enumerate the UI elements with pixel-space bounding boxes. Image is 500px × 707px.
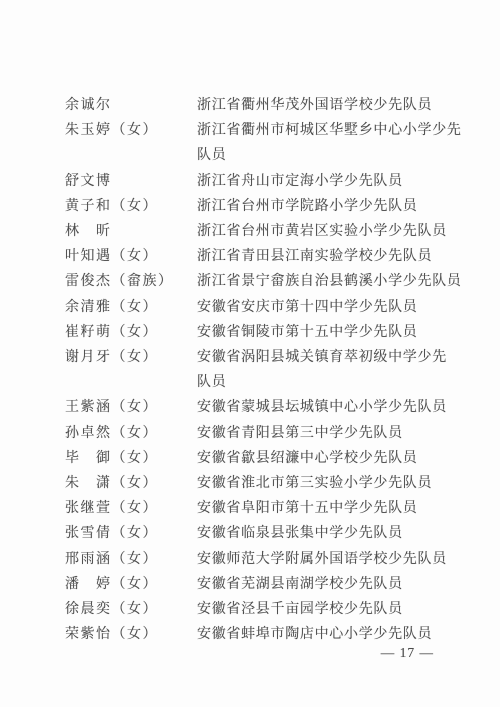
roster-row: 余清雅（女） 安徽省安庆市第十四中学少先队员: [65, 295, 485, 320]
roster-row: 潘 婷（女） 安徽省芜湖县南湖学校少先队员: [65, 572, 485, 597]
member-affiliation: 安徽省蒙城县坛城镇中心小学少先队员: [197, 395, 447, 420]
member-name: 叶知遇（女）: [65, 244, 197, 269]
member-name: 邢雨涵（女）: [65, 547, 197, 572]
member-affiliation: 安徽师范大学附属外国语学校少先队员: [197, 547, 447, 572]
member-affiliation: 浙江省景宁畲族自治县鹤溪小学少先队员: [197, 269, 462, 294]
document-page: 余诚尔 浙江省衢州华茂外国语学校少先队员 朱玉婷（女） 浙江省衢州市柯城区华墅乡…: [0, 0, 500, 707]
member-affiliation: 安徽省铜陵市第十五中学少先队员: [197, 320, 418, 345]
roster-row: 徐晨奕（女） 安徽省泾县千亩园学校少先队员: [65, 597, 485, 622]
member-affiliation: 浙江省舟山市定海小学少先队员: [197, 169, 403, 194]
member-affiliation: 安徽省蚌埠市陶店中心小学少先队员: [197, 622, 432, 647]
roster-row: 黄子和（女） 浙江省台州市学院路小学少先队员: [65, 194, 485, 219]
roster-row: 朱 潇（女） 安徽省淮北市第三实验小学少先队员: [65, 471, 485, 496]
roster-row: 朱玉婷（女） 浙江省衢州市柯城区华墅乡中心小学少先 队员: [65, 118, 485, 168]
member-affiliation: 浙江省青田县江南实验学校少先队员: [197, 244, 432, 269]
member-name: 王紫涵（女）: [65, 395, 197, 420]
roster-row: 荣紫怡（女） 安徽省蚌埠市陶店中心小学少先队员: [65, 622, 485, 647]
member-affiliation: 安徽省淮北市第三实验小学少先队员: [197, 471, 432, 496]
member-name: 雷俊杰（畲族）: [65, 269, 197, 294]
member-name: 徐晨奕（女）: [65, 597, 197, 622]
member-affiliation: 浙江省衢州华茂外国语学校少先队员: [197, 93, 432, 118]
roster-row: 叶知遇（女） 浙江省青田县江南实验学校少先队员: [65, 244, 485, 269]
member-name: 余诚尔: [65, 93, 197, 118]
roster-list: 余诚尔 浙江省衢州华茂外国语学校少先队员 朱玉婷（女） 浙江省衢州市柯城区华墅乡…: [65, 93, 485, 647]
member-affiliation: 安徽省阜阳市第十五中学少先队员: [197, 496, 418, 521]
member-affiliation: 浙江省衢州市柯城区华墅乡中心小学少先 队员: [197, 118, 462, 168]
roster-row: 雷俊杰（畲族） 浙江省景宁畲族自治县鹤溪小学少先队员: [65, 269, 485, 294]
member-name: 谢月牙（女）: [65, 345, 197, 370]
member-name: 潘 婷（女）: [65, 572, 197, 597]
member-name: 黄子和（女）: [65, 194, 197, 219]
roster-row: 毕 御（女） 安徽省歙县绍濂中心学校少先队员: [65, 446, 485, 471]
member-affiliation: 安徽省安庆市第十四中学少先队员: [197, 295, 418, 320]
roster-row: 孙卓然（女） 安徽省青阳县第三中学少先队员: [65, 421, 485, 446]
member-affiliation: 浙江省台州市学院路小学少先队员: [197, 194, 418, 219]
member-affiliation: 浙江省台州市黄岩区实验小学少先队员: [197, 219, 447, 244]
member-affiliation: 安徽省芜湖县南湖学校少先队员: [197, 572, 403, 597]
member-name: 林 昕: [65, 219, 197, 244]
roster-row: 林 昕 浙江省台州市黄岩区实验小学少先队员: [65, 219, 485, 244]
roster-row: 舒文博 浙江省舟山市定海小学少先队员: [65, 169, 485, 194]
roster-row: 张雪倩（女） 安徽省临泉县张集中学少先队员: [65, 521, 485, 546]
member-name: 朱玉婷（女）: [65, 118, 197, 143]
member-name: 朱 潇（女）: [65, 471, 197, 496]
member-affiliation: 安徽省临泉县张集中学少先队员: [197, 521, 403, 546]
member-name: 崔籽萌（女）: [65, 320, 197, 345]
roster-row: 邢雨涵（女） 安徽师范大学附属外国语学校少先队员: [65, 547, 485, 572]
roster-row: 崔籽萌（女） 安徽省铜陵市第十五中学少先队员: [65, 320, 485, 345]
member-name: 余清雅（女）: [65, 295, 197, 320]
member-affiliation: 安徽省歙县绍濂中心学校少先队员: [197, 446, 418, 471]
member-affiliation: 安徽省泾县千亩园学校少先队员: [197, 597, 403, 622]
member-name: 荣紫怡（女）: [65, 622, 197, 647]
page-number: — 17 —: [381, 645, 434, 661]
member-affiliation: 安徽省涡阳县城关镇育萃初级中学少先 队员: [197, 345, 447, 395]
roster-row: 余诚尔 浙江省衢州华茂外国语学校少先队员: [65, 93, 485, 118]
member-name: 张雪倩（女）: [65, 521, 197, 546]
member-name: 舒文博: [65, 169, 197, 194]
roster-row: 王紫涵（女） 安徽省蒙城县坛城镇中心小学少先队员: [65, 395, 485, 420]
member-name: 毕 御（女）: [65, 446, 197, 471]
roster-row: 张继萱（女） 安徽省阜阳市第十五中学少先队员: [65, 496, 485, 521]
roster-row: 谢月牙（女） 安徽省涡阳县城关镇育萃初级中学少先 队员: [65, 345, 485, 395]
member-affiliation: 安徽省青阳县第三中学少先队员: [197, 421, 403, 446]
member-name: 张继萱（女）: [65, 496, 197, 521]
member-name: 孙卓然（女）: [65, 421, 197, 446]
